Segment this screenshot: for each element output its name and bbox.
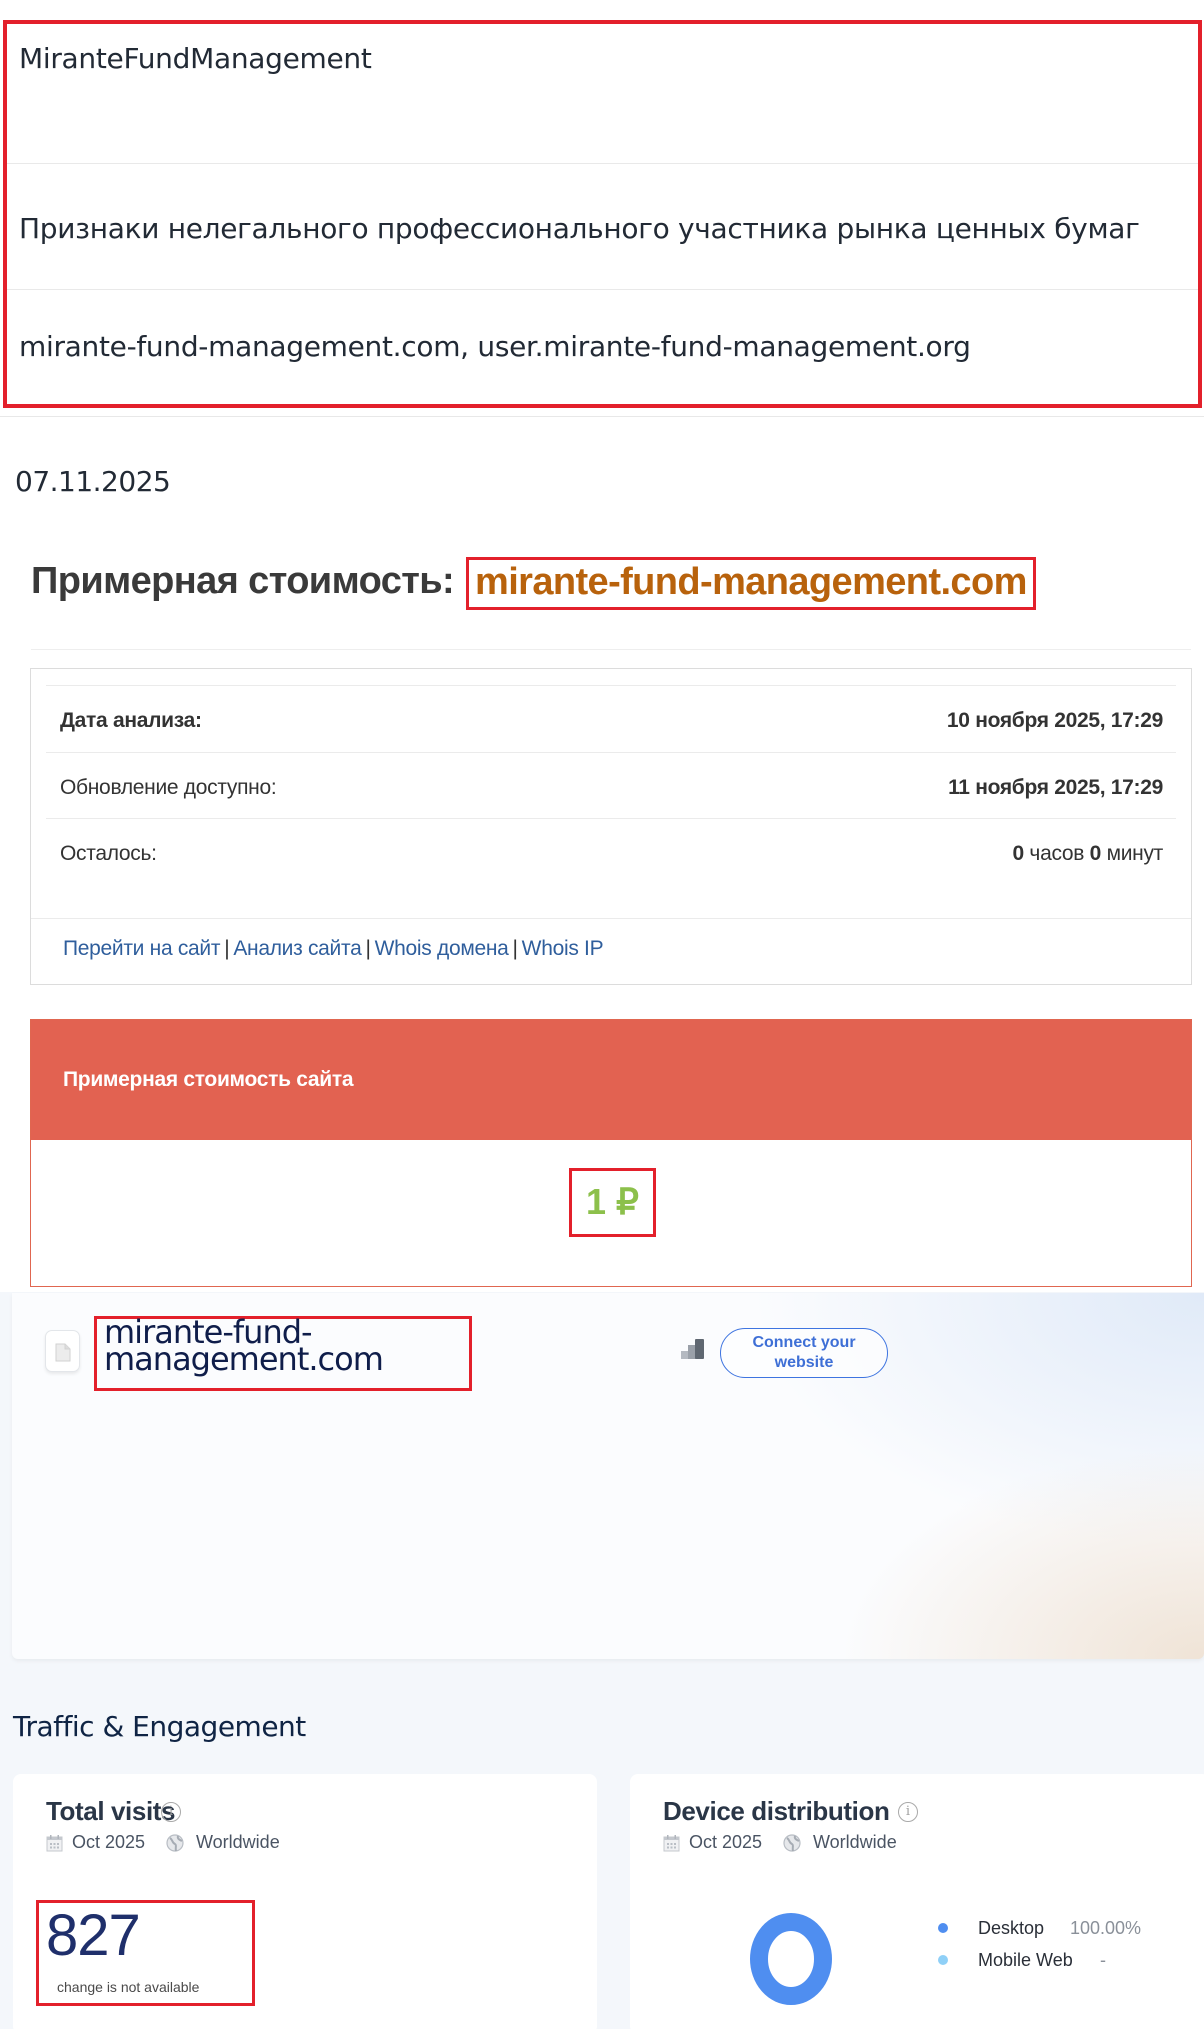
calendar-icon <box>46 1834 63 1852</box>
link-separator: | <box>513 937 518 960</box>
divider <box>46 685 1176 686</box>
analysis-links: Перейти на сайт|Анализ сайта|Whois домен… <box>63 937 603 961</box>
connect-website-button[interactable]: Connect your website <box>720 1328 888 1378</box>
info-icon[interactable]: i <box>898 1802 918 1822</box>
analysis-date-value: 10 ноября 2025, 17:29 <box>947 709 1163 733</box>
info-row-category: Признаки нелегального профессионального … <box>7 164 1198 290</box>
calendar-icon <box>663 1834 680 1852</box>
legend-value: - <box>1100 1950 1106 1971</box>
time-remaining-value: 0 часов 0 минут <box>1012 842 1163 866</box>
period-label[interactable]: Oct 2025 <box>689 1832 762 1853</box>
connect-button-line-1: Connect your <box>721 1333 887 1353</box>
analysis-date-row: Дата анализа: 10 ноября 2025, 17:29 <box>60 709 1163 733</box>
site-value-title: Примерная стоимость сайта <box>63 1068 353 1092</box>
update-available-value: 11 ноября 2025, 17:29 <box>948 776 1163 800</box>
analysis-info-card: Дата анализа: 10 ноября 2025, 17:29 Обно… <box>30 668 1192 985</box>
rank-bars-icon <box>681 1339 705 1359</box>
divider <box>46 818 1176 819</box>
divider <box>46 752 1176 753</box>
site-value-amount: 1 ₽ <box>569 1168 656 1237</box>
device-donut-chart <box>750 1913 832 2005</box>
total-visits-change: change is not available <box>57 1979 199 1995</box>
device-distribution-card: Device distribution i Oct 2025 Worldwide… <box>630 1774 1204 2029</box>
period-label[interactable]: Oct 2025 <box>72 1832 145 1853</box>
legend-label: Desktop <box>978 1918 1044 1939</box>
organization-info-table: MiranteFundManagement Признаки нелегальн… <box>3 20 1202 408</box>
globe-icon <box>783 1834 801 1852</box>
total-visits-title: Total visits <box>46 1796 175 1827</box>
site-domain-line-2: management.com <box>104 1346 383 1373</box>
divider <box>31 918 1191 919</box>
total-visits-card: Total visits i Oct 2025 Worldwide 827 ch… <box>13 1774 597 2029</box>
analysis-date-label: Дата анализа: <box>60 709 202 733</box>
legend-dot <box>938 1955 948 1965</box>
legend-value: 100.00% <box>1070 1918 1141 1939</box>
time-remaining-row: Осталось: 0 часов 0 минут <box>60 842 1163 866</box>
info-row-domains: mirante-fund-management.com, user.mirant… <box>7 290 1198 408</box>
region-label[interactable]: Worldwide <box>813 1832 897 1853</box>
violation-category: Признаки нелегального профессионального … <box>19 212 1140 245</box>
minutes-unit: минут <box>1107 842 1163 865</box>
link-whois-domain[interactable]: Whois домена <box>375 937 509 960</box>
organization-name: MiranteFundManagement <box>19 42 372 75</box>
info-icon[interactable]: i <box>161 1802 181 1822</box>
link-site-analysis[interactable]: Анализ сайта <box>233 937 361 960</box>
device-distribution-title: Device distribution <box>663 1796 889 1827</box>
price-heading-domain[interactable]: mirante-fund-management.com <box>466 557 1036 610</box>
link-separator: | <box>224 937 229 960</box>
update-available-row: Обновление доступно: 11 ноября 2025, 17:… <box>60 776 1163 800</box>
legend-label: Mobile Web <box>978 1950 1073 1971</box>
hours-number: 0 <box>1012 842 1023 865</box>
region-label[interactable]: Worldwide <box>196 1832 280 1853</box>
legend-dot <box>938 1923 948 1933</box>
publication-date: 07.11.2025 <box>15 465 170 498</box>
link-whois-ip[interactable]: Whois IP <box>522 937 604 960</box>
site-value-header: Примерная стоимость сайта <box>31 1020 1191 1140</box>
site-favicon <box>45 1330 80 1372</box>
total-visits-value: 827 <box>46 1902 140 1969</box>
info-row-name: MiranteFundManagement <box>7 24 1198 164</box>
globe-icon <box>166 1834 184 1852</box>
connect-button-line-2: website <box>721 1353 887 1373</box>
minutes-number: 0 <box>1090 842 1101 865</box>
site-domain-title: mirante-fund- management.com <box>104 1319 383 1373</box>
hours-unit: часов <box>1029 842 1084 865</box>
divider <box>31 649 1191 650</box>
link-separator: | <box>365 937 370 960</box>
price-heading-label: Примерная стоимость: <box>31 560 454 603</box>
site-value-card: Примерная стоимость сайта 1 ₽ <box>30 1019 1192 1287</box>
domains-list: mirante-fund-management.com, user.mirant… <box>19 330 971 363</box>
file-icon <box>55 1343 71 1362</box>
update-available-label: Обновление доступно: <box>60 776 276 800</box>
link-go-to-site[interactable]: Перейти на сайт <box>63 937 220 960</box>
time-remaining-label: Осталось: <box>60 842 157 866</box>
divider <box>0 416 1204 417</box>
traffic-section-title: Traffic & Engagement <box>13 1710 306 1743</box>
